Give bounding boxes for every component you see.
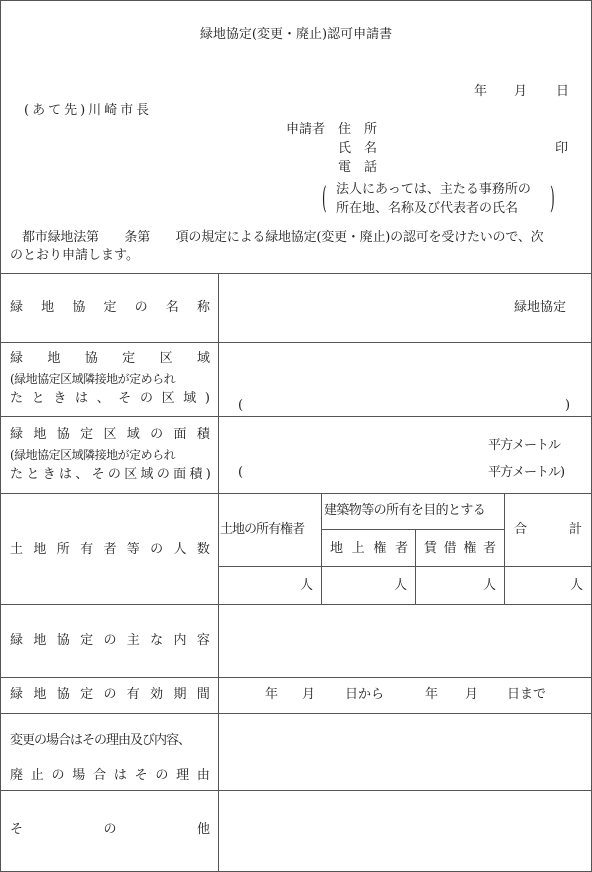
form-title: 緑地協定(変更・廃止)認可申請書 [0, 27, 592, 43]
to-month: 月 [465, 687, 478, 703]
valid-period-label: 緑地協定の有効期間 [10, 685, 210, 705]
from-month: 月 [302, 687, 315, 703]
divider [0, 677, 592, 678]
address-label: 住 所 [338, 122, 377, 138]
adjacent-area-paren-close: ) [565, 398, 570, 414]
statement-line1: 都市緑地法第 条第 項の規定による緑地協定(変更・廃止)の認可を受けたいので、次 [22, 230, 543, 246]
reason-label: 変更の場合はその理由及び内容、 廃止の場合はその理由 [10, 726, 210, 786]
col-total: 合計 [514, 522, 582, 538]
agreement-size-label: 緑地協定区域の面積 (緑地協定区域隣接地が定められ たときは、その区域の面積) [10, 425, 210, 485]
col-land-owner: 土地の所有権者 [220, 522, 304, 538]
size-unit: 平方メートル [488, 438, 560, 454]
agreement-name-label: 緑地協定の名称 [10, 298, 210, 318]
to-day: 日まで [507, 687, 546, 703]
agreement-area-field[interactable] [222, 343, 588, 415]
reason-field[interactable] [222, 714, 588, 789]
other-label: その他 [10, 820, 210, 840]
superficies-unit: 人 [394, 578, 407, 594]
corporate-note-line2: 所在地、名称及び代表者の氏名 [336, 201, 518, 217]
land-owner-unit: 人 [300, 578, 313, 594]
bracket-open-icon: ( [322, 181, 327, 217]
main-content-label: 緑地協定の主な内容 [10, 631, 210, 651]
lessee-unit: 人 [483, 578, 496, 594]
main-content-field[interactable] [222, 605, 588, 676]
seal-mark: 印 [555, 141, 568, 157]
addressee: (あて先)川崎市長 [24, 103, 152, 119]
to-year: 年 [425, 687, 438, 703]
phone-label: 電 話 [338, 160, 377, 176]
adjacent-size-unit: 平方メートル) [488, 465, 564, 481]
adjacent-area-paren-open: ( [238, 398, 243, 414]
divider [321, 529, 504, 530]
col-superficies: 地上権者 [330, 541, 408, 557]
total-unit: 人 [570, 578, 583, 594]
date-month-label: 月 [514, 84, 527, 100]
adjacent-size-paren-open: ( [238, 465, 243, 481]
agreement-area-label: 緑地協定区域 (緑地協定区域隣接地が定められ たときは、その区域) [10, 349, 210, 409]
corporate-note-line1: 法人にあっては、主たる事務所の [336, 182, 531, 198]
col-building-purpose: 建築物等の所有を目的とする [324, 503, 485, 519]
statement-line2: のとおり申請します。 [10, 248, 139, 264]
from-day: 日から [345, 687, 384, 703]
owner-count-label: 土地所有者等の人数 [10, 540, 210, 560]
other-field[interactable] [222, 791, 588, 869]
agreement-name-suffix: 緑地協定 [514, 300, 566, 316]
col-lessee: 賃借権者 [424, 541, 496, 557]
name-label: 氏 名 [338, 141, 377, 157]
date-year-label: 年 [474, 84, 487, 100]
date-day-label: 日 [556, 84, 569, 100]
applicant-label: 申請者 [286, 122, 325, 138]
bracket-close-icon: ) [550, 181, 555, 217]
from-year: 年 [265, 687, 278, 703]
